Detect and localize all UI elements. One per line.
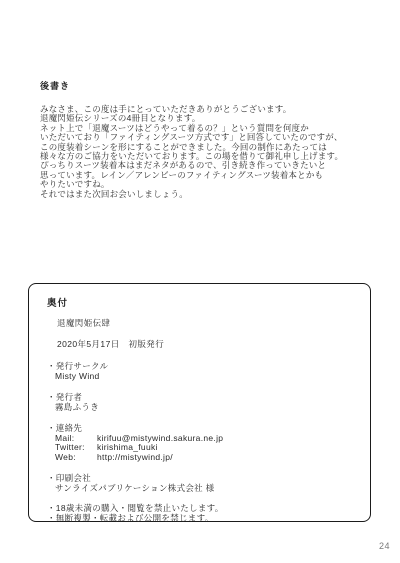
web-url: http://mistywind.jp/ — [97, 453, 173, 463]
circle-name: Misty Wind — [55, 372, 360, 382]
notice-no-reproduction: ・無断複製・転載および公開を禁じます。 — [47, 514, 360, 524]
afterword-section: 後書き みなさま、この度は手にとっていただきありがとうございます。 退魔閃姫伝シ… — [40, 79, 370, 199]
publisher-name: 霧島ふうき — [55, 403, 360, 413]
colophon-heading: 奥付 — [47, 295, 360, 309]
printer-name: サンライズパブリケーション株式会社 様 — [55, 484, 360, 494]
printer-group: ・印刷会社 サンライズパブリケーション株式会社 様 — [47, 474, 360, 493]
publisher-group: ・発行者 霧島ふうき — [47, 393, 360, 412]
contact-rows: Mail: kirifuu@mistywind.sakura.ne.jp Twi… — [55, 434, 360, 463]
colophon-box: 奥付 退魔閃姫伝肆 2020年5月17日 初版発行 ・発行サークル Misty … — [28, 283, 371, 522]
circle-group: ・発行サークル Misty Wind — [47, 362, 360, 381]
book-title: 退魔閃姫伝肆 — [57, 317, 360, 329]
afterword-heading: 後書き — [40, 79, 370, 92]
contact-group: ・連絡先 Mail: kirifuu@mistywind.sakura.ne.j… — [47, 424, 360, 462]
contact-row-web: Web: http://mistywind.jp/ — [55, 453, 360, 463]
legal-notices: ・18歳未満の購入・閲覧を禁止いたします。 ・無断複製・転載および公開を禁じます… — [47, 504, 360, 523]
web-key: Web: — [55, 453, 97, 463]
colophon-page: 後書き みなさま、この度は手にとっていただきありがとうございます。 退魔閃姫伝シ… — [0, 0, 400, 563]
page-number: 24 — [379, 541, 390, 551]
afterword-line: それではまた次回お会いしましょう。 — [40, 190, 370, 199]
afterword-body: みなさま、この度は手にとっていただきありがとうございます。 退魔閃姫伝シリーズの… — [40, 105, 370, 199]
publication-date: 2020年5月17日 初版発行 — [57, 338, 360, 350]
